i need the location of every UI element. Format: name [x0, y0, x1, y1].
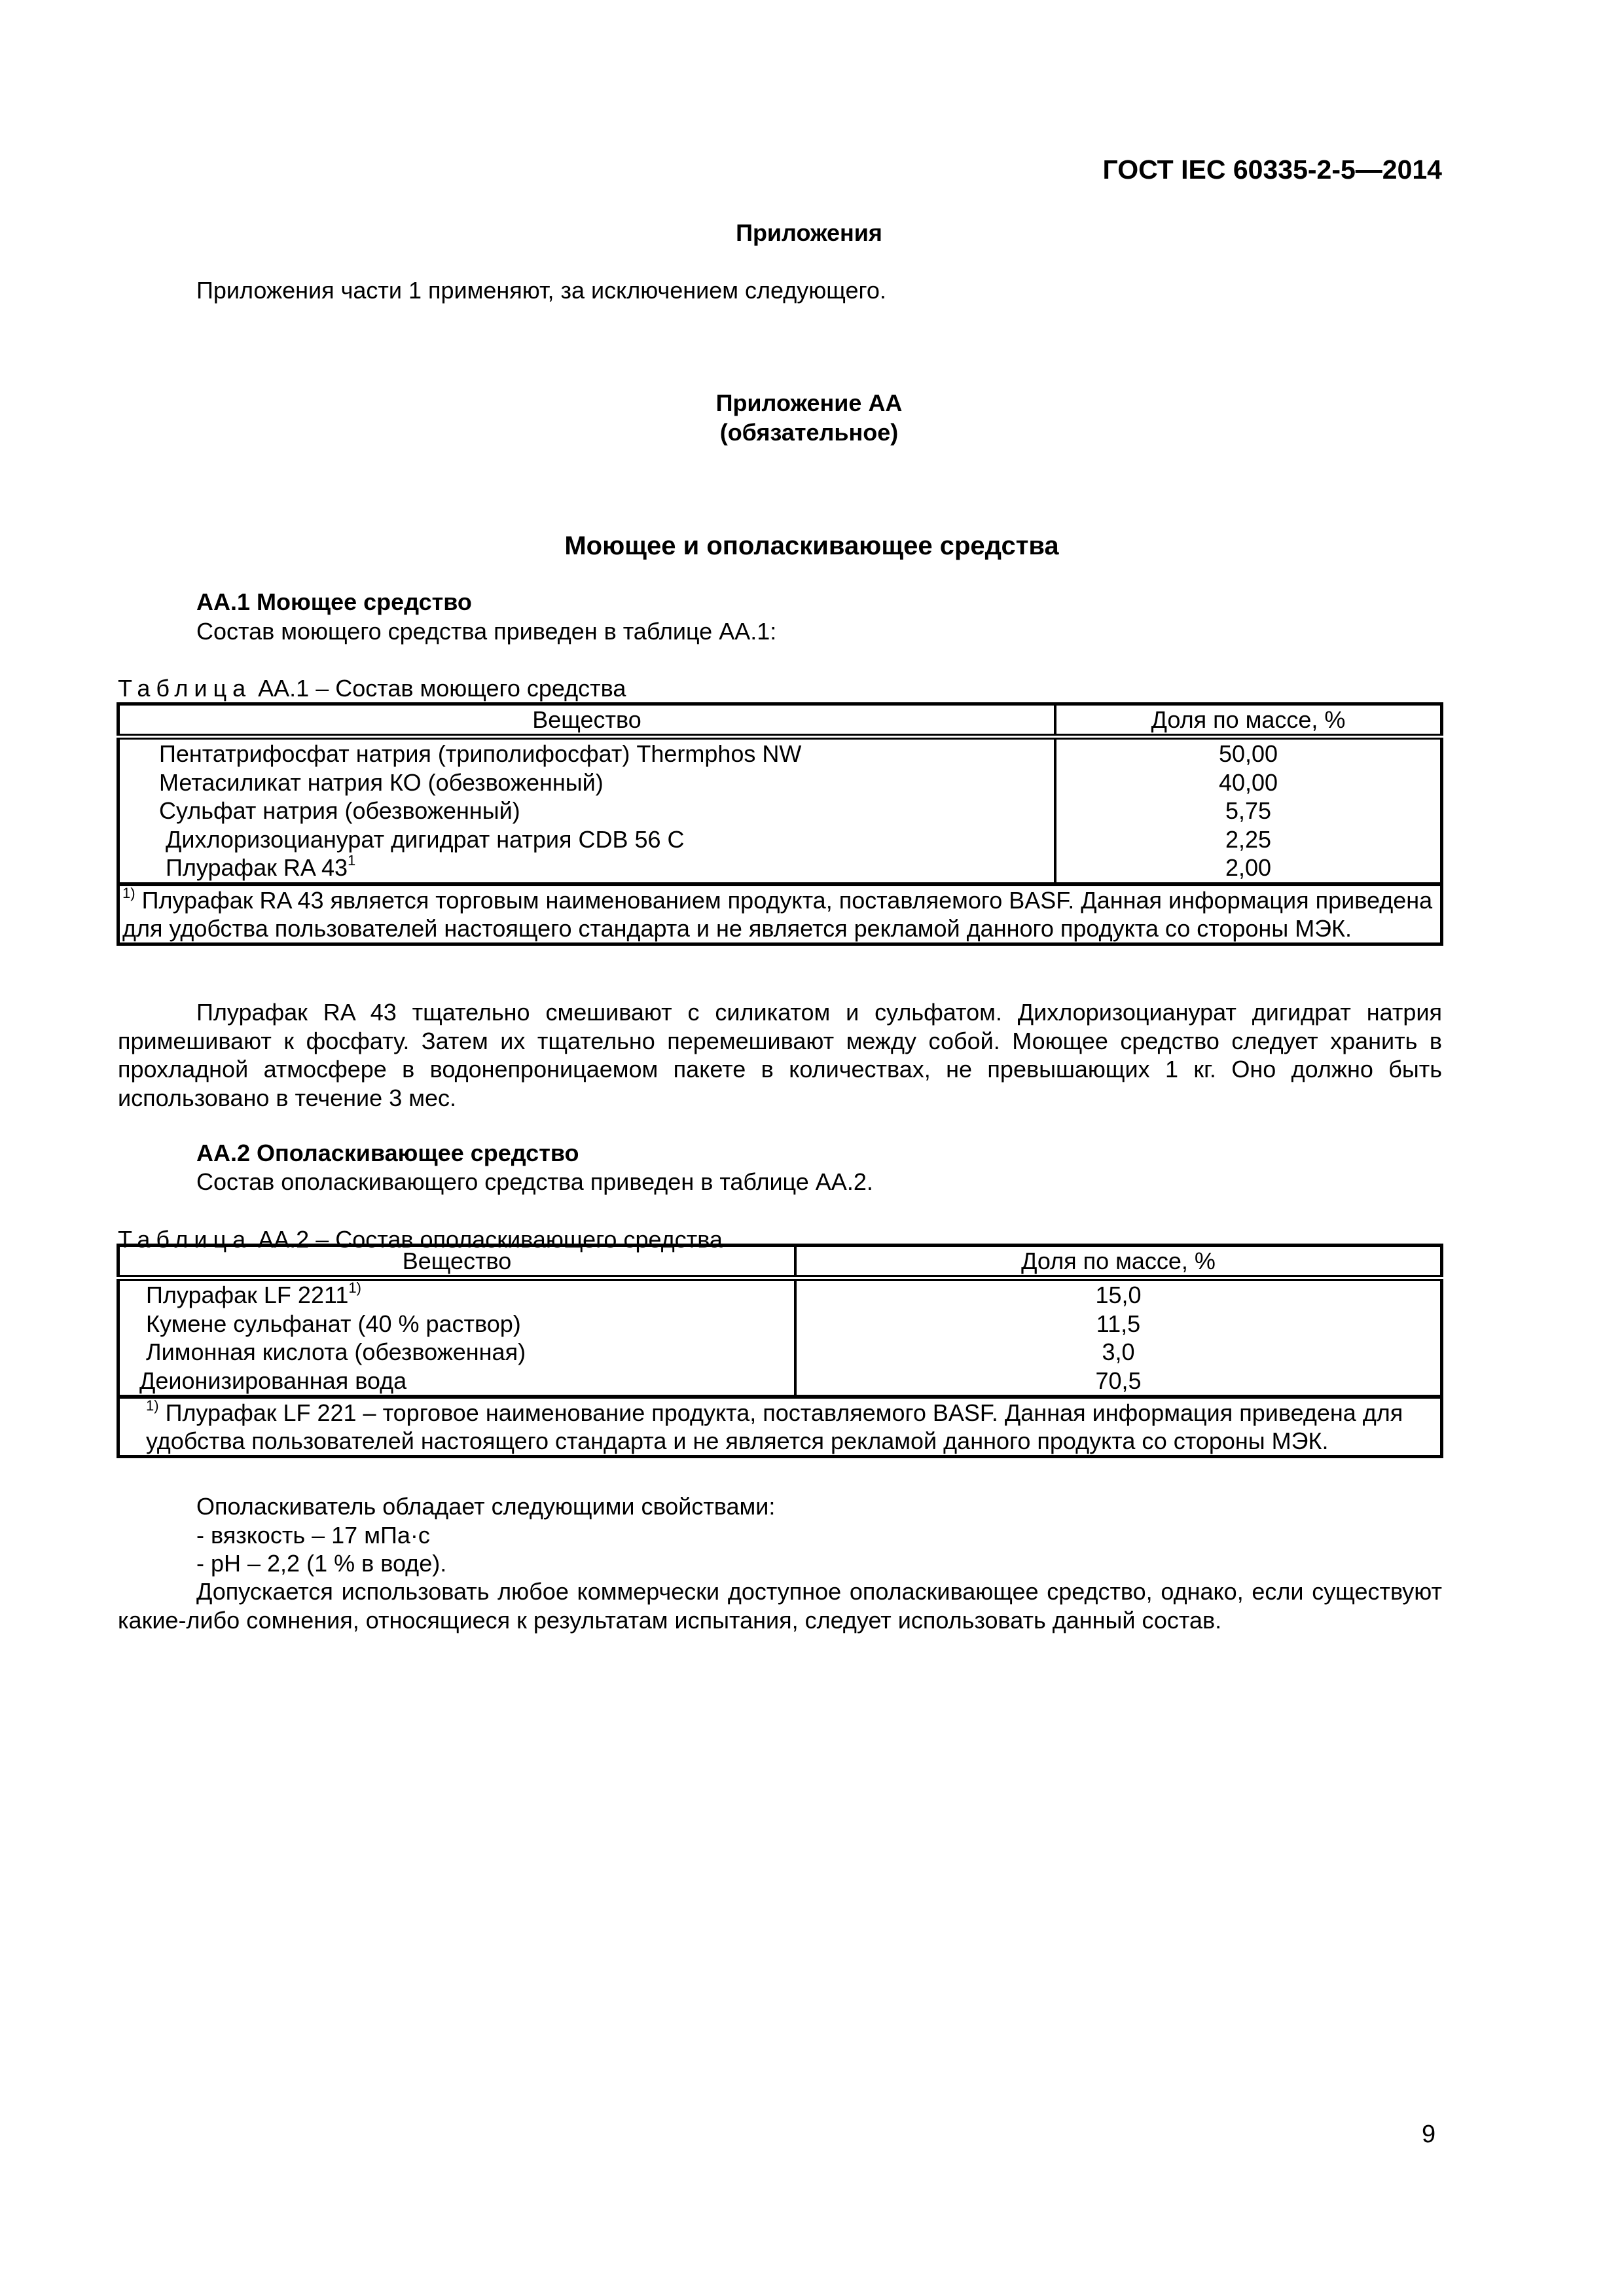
footnote-reference: 1 — [348, 852, 355, 869]
table-row: Дихлоризоцианурат дигидрат натрия CDB 56… — [118, 825, 1442, 854]
column-header-share: Доля по массе, % — [1055, 704, 1442, 737]
properties-intro: Ополаскиватель обладает следующими свойс… — [196, 1492, 775, 1521]
annex-status: (обязательное) — [678, 418, 940, 447]
table-caption-text: АА.1 – Состав моющего средства — [251, 675, 626, 702]
column-header-share: Доля по массе, % — [795, 1246, 1442, 1278]
final-paragraph: Допускается использовать любое коммерчес… — [118, 1577, 1442, 1634]
footnote-text: Плурафак LF 221 – торговое наименование … — [146, 1399, 1403, 1454]
table-row: Кумене сульфанат (40 % раствор)11,5 — [118, 1310, 1442, 1338]
footnote-mark: 1) — [122, 885, 135, 901]
column-header-substance: Вещество — [118, 1246, 796, 1278]
table-footnote: 1) Плурафак RA 43 является торговым наим… — [118, 884, 1442, 944]
cell-substance: Плурафак LF 22111) — [118, 1278, 796, 1310]
cell-substance: Лимонная кислота (обезвоженная) — [118, 1338, 796, 1367]
annex-title: Приложение АА — [678, 389, 940, 418]
cell-share: 5,75 — [1055, 797, 1442, 825]
table-header-row: Вещество Доля по массе, % — [118, 704, 1442, 737]
cell-share: 50,00 — [1055, 737, 1442, 768]
cell-substance: Метасиликат натрия КО (обезвоженный) — [118, 768, 1056, 797]
appendices-title: Приложения — [704, 219, 914, 247]
paragraph-text: Плурафак RA 43 тщательно смешивают с сил… — [118, 999, 1442, 1111]
property-ph: - pH – 2,2 (1 % в воде). — [196, 1549, 446, 1578]
cell-substance: Плурафак RA 431 — [118, 853, 1056, 884]
cell-share: 15,0 — [795, 1278, 1442, 1310]
table-aa1: Вещество Доля по массе, % Пентатрифосфат… — [117, 702, 1443, 946]
page-number: 9 — [1422, 2121, 1435, 2149]
cell-share: 2,00 — [1055, 853, 1442, 884]
cell-substance: Кумене сульфанат (40 % раствор) — [118, 1310, 796, 1338]
section-aa2-heading: АА.2 Ополаскивающее средство — [196, 1139, 579, 1168]
property-viscosity: - вязкость – 17 мПа·с — [196, 1521, 430, 1550]
table-caption-label: Таблица — [118, 675, 251, 702]
paragraph-text: Допускается использовать любое коммерчес… — [118, 1578, 1442, 1634]
table-aa2: Вещество Доля по массе, % Плурафак LF 22… — [117, 1244, 1443, 1458]
table-row: Лимонная кислота (обезвоженная)3,0 — [118, 1338, 1442, 1367]
cell-substance: Пентатрифосфат натрия (триполифосфат) Th… — [118, 737, 1056, 768]
cell-share: 70,5 — [795, 1367, 1442, 1397]
table-row: Сульфат натрия (обезвоженный)5,75 — [118, 797, 1442, 825]
section-aa1-heading: АА.1 Моющее средство — [196, 588, 472, 617]
cell-substance: Сульфат натрия (обезвоженный) — [118, 797, 1056, 825]
cell-share: 40,00 — [1055, 768, 1442, 797]
cell-substance: Дихлоризоцианурат дигидрат натрия CDB 56… — [118, 825, 1056, 854]
cell-share: 3,0 — [795, 1338, 1442, 1367]
table-row: Пентатрифосфат натрия (триполифосфат) Th… — [118, 737, 1442, 768]
table-row: Метасиликат натрия КО (обезвоженный)40,0… — [118, 768, 1442, 797]
document-code-header: ГОСТ IEC 60335-2-5—2014 — [1103, 154, 1443, 185]
footnote-text: Плурафак RA 43 является торговым наимено… — [122, 887, 1432, 942]
cell-share: 11,5 — [795, 1310, 1442, 1338]
cell-share: 2,25 — [1055, 825, 1442, 854]
table-row: Плурафак RA 4312,00 — [118, 853, 1442, 884]
footnote-reference: 1) — [348, 1280, 361, 1296]
column-header-substance: Вещество — [118, 704, 1056, 737]
table-row: Деионизированная вода70,5 — [118, 1367, 1442, 1397]
section-aa2-intro: Состав ополаскивающего средства приведен… — [196, 1168, 873, 1196]
footnote-mark: 1) — [146, 1397, 159, 1414]
cell-substance: Деионизированная вода — [118, 1367, 796, 1397]
table-header-row: Вещество Доля по массе, % — [118, 1246, 1442, 1278]
section-aa1-paragraph: Плурафак RA 43 тщательно смешивают с сил… — [118, 998, 1442, 1112]
annex-main-title: Моющее и ополаскивающее средства — [419, 531, 1204, 561]
appendices-intro: Приложения части 1 применяют, за исключе… — [196, 276, 886, 305]
table-aa1-caption: Таблица АА.1 – Состав моющего средства — [118, 674, 626, 703]
table-footnote: 1) Плурафак LF 221 – торговое наименован… — [118, 1397, 1442, 1457]
section-aa1-intro: Состав моющего средства приведен в табли… — [196, 617, 776, 646]
table-row: Плурафак LF 22111)15,0 — [118, 1278, 1442, 1310]
